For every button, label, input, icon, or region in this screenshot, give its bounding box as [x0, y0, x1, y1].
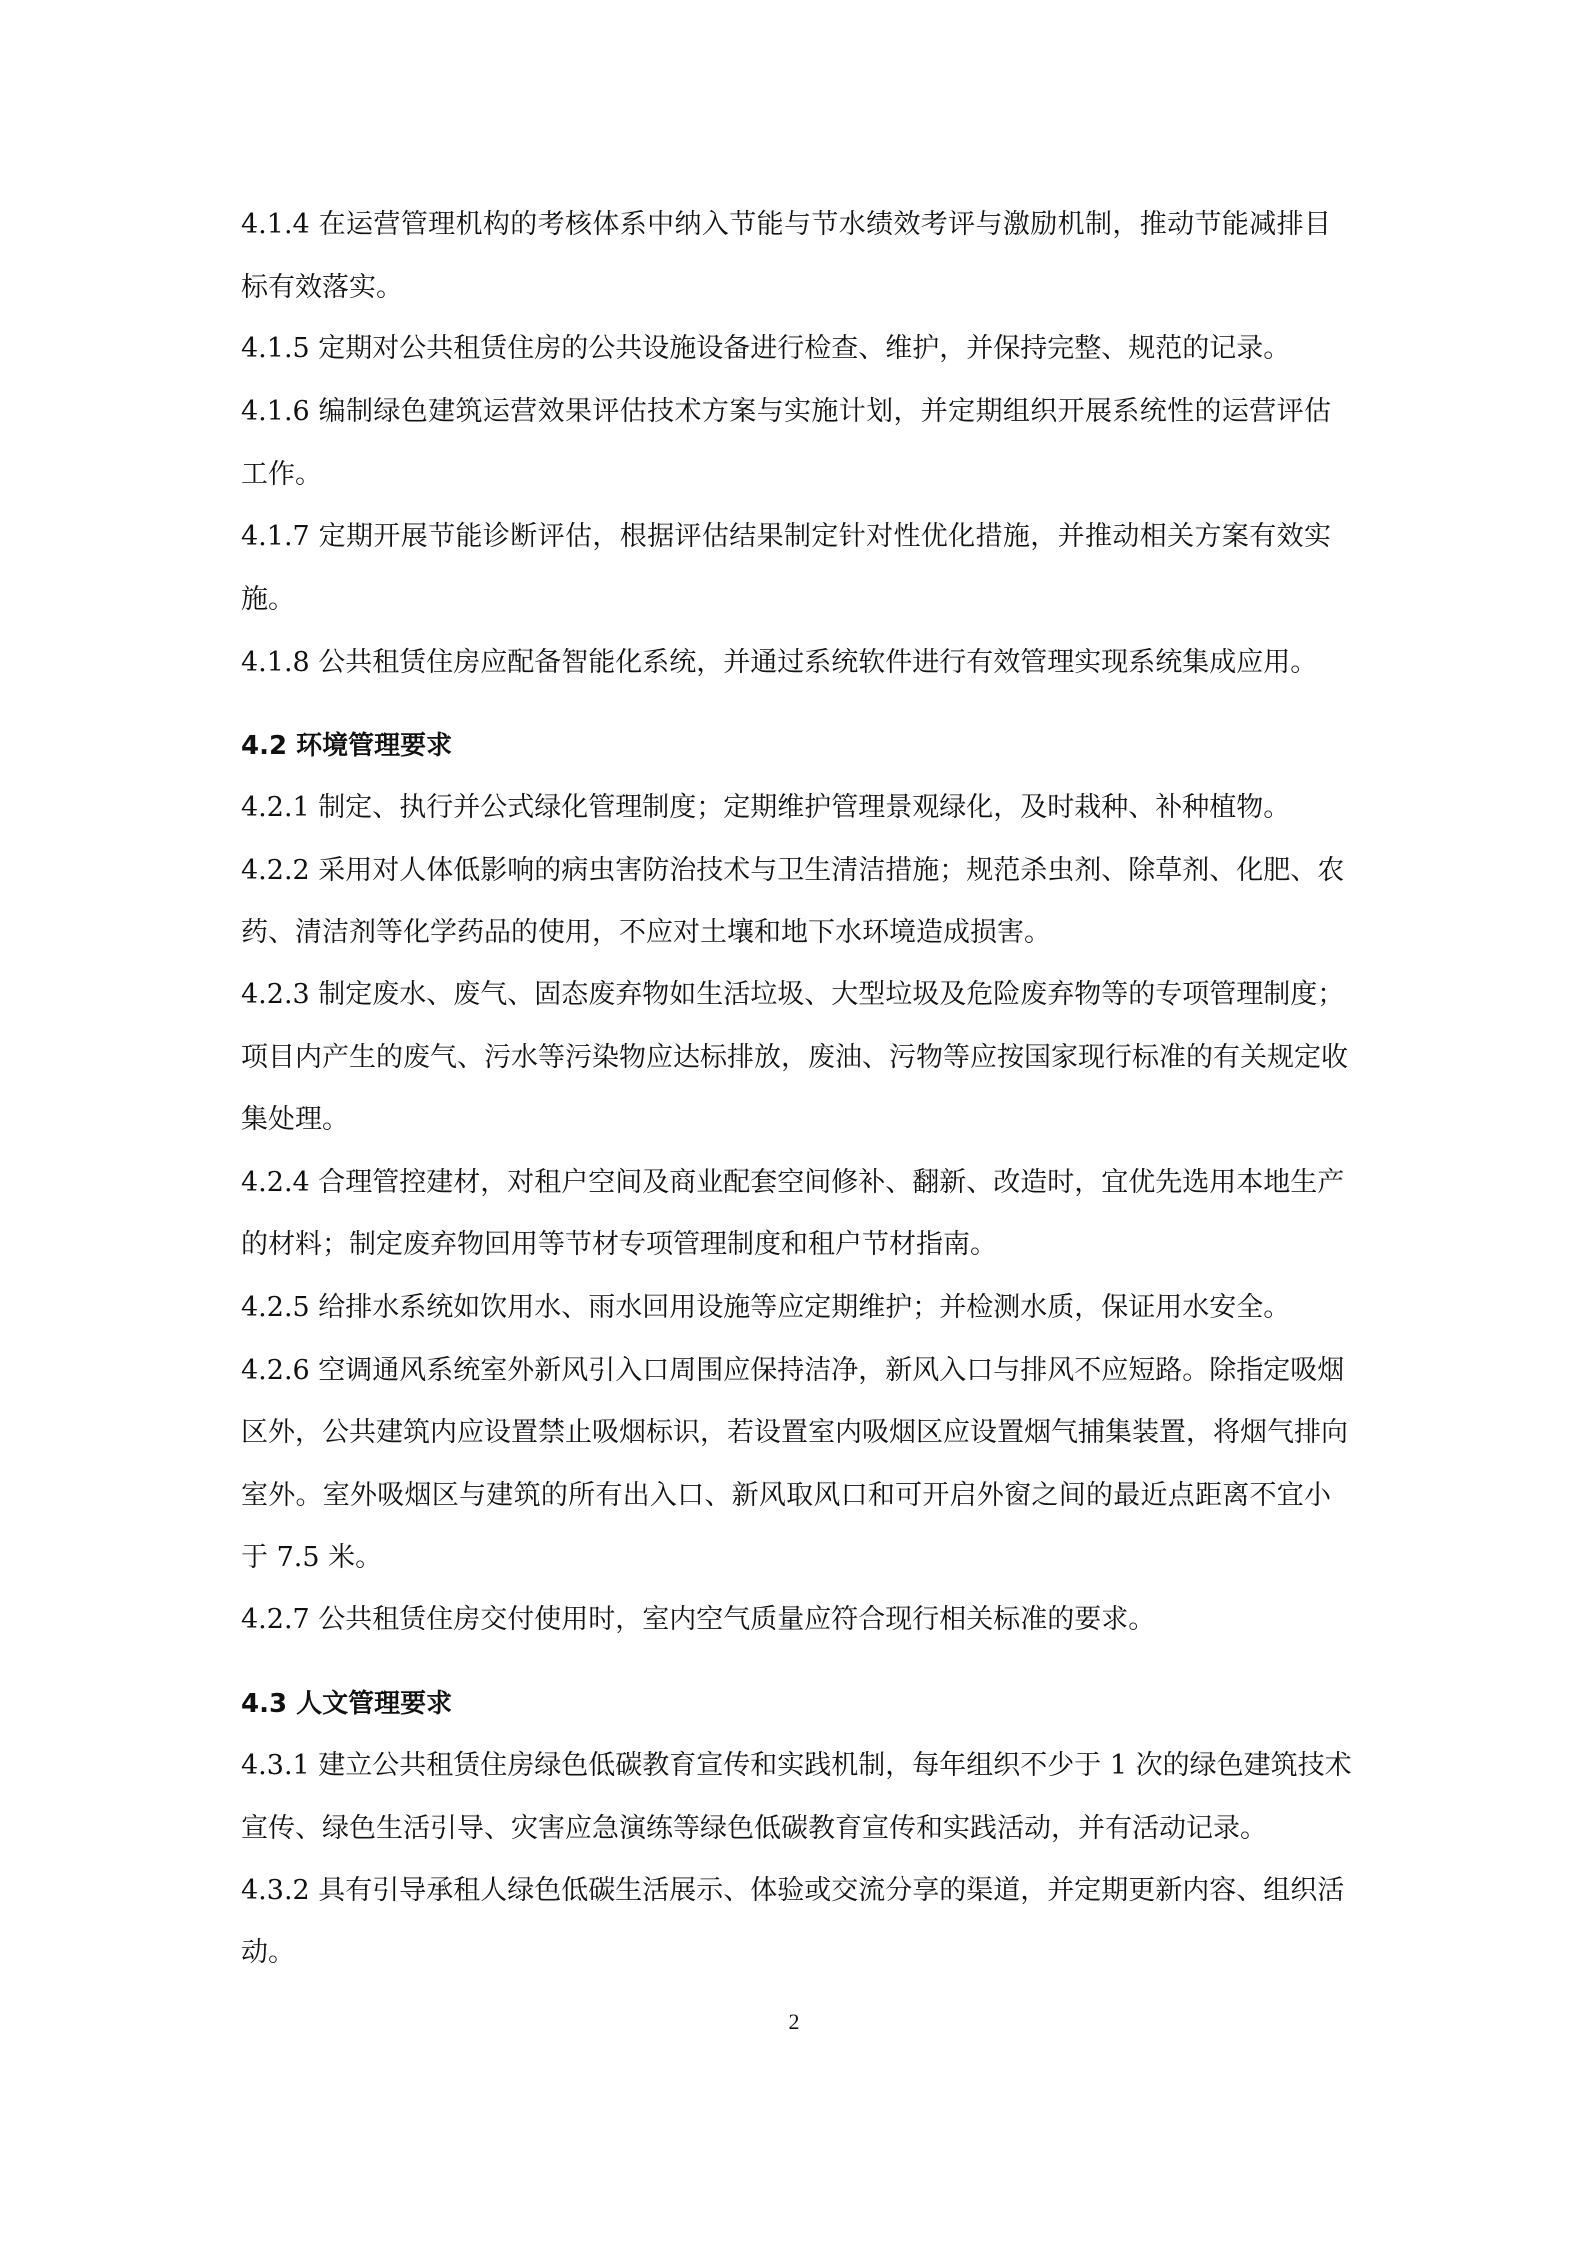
paragraph-4-2-3-line-1: 4.2.3 制定废水、废气、固态废弃物如生活垃圾、大型垃圾及危险废弃物等的专项管…: [241, 978, 1331, 1012]
paragraph-4-2-4-line-2: 的材料；制定废弃物回用等节材专项管理制度和租户节材指南。: [241, 1228, 1331, 1262]
paragraph-4-1-7-line-2: 施。: [241, 583, 1331, 617]
paragraph-4-2-6-line-3: 室外。室外吸烟区与建筑的所有出入口、新风取风口和可开启外窗之间的最近点距离不宜小: [241, 1479, 1331, 1513]
paragraph-4-3-2-line-1: 4.3.2 具有引导承租人绿色低碳生活展示、体验或交流分享的渠道，并定期更新内容…: [241, 1874, 1331, 1908]
paragraph-4-2-6-line-2: 区外，公共建筑内应设置禁止吸烟标识，若设置室内吸烟区应设置烟气捕集装置，将烟气排…: [241, 1416, 1331, 1450]
paragraph-4-1-4-line-2: 标有效落实。: [241, 271, 1331, 305]
paragraph-4-1-4-line-1: 4.1.4 在运营管理机构的考核体系中纳入节能与节水绩效考评与激励机制，推动节能…: [241, 208, 1331, 242]
paragraph-4-3-1-line-2: 宣传、绿色生活引导、灾害应急演练等绿色低碳教育宣传和实践活动，并有活动记录。: [241, 1812, 1331, 1846]
paragraph-4-2-3-line-2: 项目内产生的废气、污水等污染物应达标排放，废油、污物等应按国家现行标准的有关规定…: [241, 1041, 1331, 1075]
paragraph-4-3-1-line-1: 4.3.1 建立公共租赁住房绿色低碳教育宣传和实践机制，每年组织不少于 1 次的…: [241, 1749, 1331, 1783]
paragraph-4-2-2-line-2: 药、清洁剂等化学药品的使用，不应对土壤和地下水环境造成损害。: [241, 916, 1331, 950]
paragraph-4-2-4-line-1: 4.2.4 合理管控建材，对租户空间及商业配套空间修补、翻新、改造时，宜优先选用…: [241, 1166, 1331, 1200]
paragraph-4-1-6-line-1: 4.1.6 编制绿色建筑运营效果评估技术方案与实施计划，并定期组织开展系统性的运…: [241, 395, 1331, 429]
section-heading-4-3: 4.3 人文管理要求: [241, 1687, 1331, 1721]
paragraph-4-1-8-line-1: 4.1.8 公共租赁住房应配备智能化系统，并通过系统软件进行有效管理实现系统集成…: [241, 646, 1331, 680]
paragraph-4-1-5-line-1: 4.1.5 定期对公共租赁住房的公共设施设备进行检查、维护，并保持完整、规范的记…: [241, 332, 1331, 366]
paragraph-4-2-6-line-4: 于 7.5 米。: [241, 1541, 1331, 1575]
paragraph-4-1-6-line-2: 工作。: [241, 458, 1331, 492]
paragraph-4-2-1-line-1: 4.2.1 制定、执行并公式绿化管理制度；定期维护管理景观绿化，及时栽种、补种植…: [241, 791, 1331, 825]
paragraph-4-1-7-line-1: 4.1.7 定期开展节能诊断评估，根据评估结果制定针对性优化措施，并推动相关方案…: [241, 520, 1331, 554]
page-number: 2: [774, 2008, 814, 2036]
document-page: 4.1.4 在运营管理机构的考核体系中纳入节能与节水绩效考评与激励机制，推动节能…: [0, 0, 1588, 2245]
paragraph-4-2-7-line-1: 4.2.7 公共租赁住房交付使用时，室内空气质量应符合现行相关标准的要求。: [241, 1603, 1331, 1637]
paragraph-4-2-6-line-1: 4.2.6 空调通风系统室外新风引入口周围应保持洁净，新风入口与排风不应短路。除…: [241, 1354, 1331, 1388]
section-heading-4-2: 4.2 环境管理要求: [241, 729, 1331, 763]
paragraph-4-3-2-line-2: 动。: [241, 1936, 1331, 1970]
paragraph-4-2-3-line-3: 集处理。: [241, 1103, 1331, 1137]
paragraph-4-2-2-line-1: 4.2.2 采用对人体低影响的病虫害防治技术与卫生清洁措施；规范杀虫剂、除草剂、…: [241, 854, 1331, 888]
paragraph-4-2-5-line-1: 4.2.5 给排水系统如饮用水、雨水回用设施等应定期维护；并检测水质，保证用水安…: [241, 1291, 1331, 1325]
